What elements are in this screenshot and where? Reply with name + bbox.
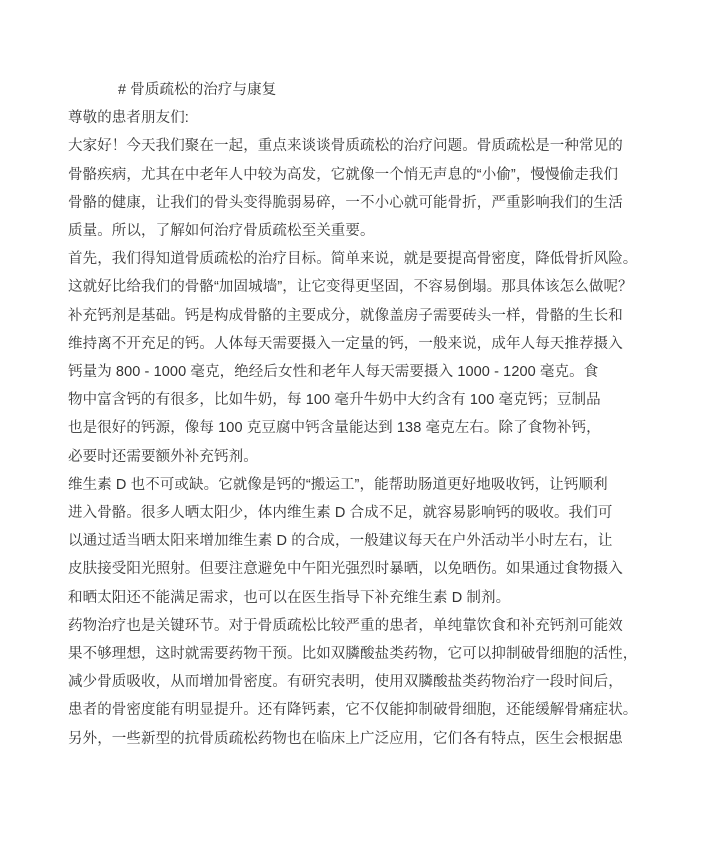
- text-line: 皮肤接受阳光照射。但要注意避免中午阳光强烈时暴晒，以免晒伤。如果通过食物摄入: [68, 555, 708, 583]
- salutation-line: 尊敬的患者朋友们:: [68, 104, 708, 132]
- document-heading: # 骨质疏松的治疗与康复: [68, 76, 708, 104]
- text-line: 维生素 D 也不可或缺。它就像是钙的“搬运工”，能帮助肠道更好地吸收钙，让钙顺利: [68, 471, 708, 499]
- text-line: 以通过适当晒太阳来增加维生素 D 的合成，一般建议每天在户外活动半小时左右，让: [68, 527, 708, 555]
- text-line: 患者的骨密度能有明显提升。还有降钙素，它不仅能抑制破骨细胞，还能缓解骨痛症状。: [68, 696, 708, 724]
- text-line: 质量。所以，了解如何治疗骨质疏松至关重要。: [68, 217, 708, 245]
- text-line: 减少骨质吸收，从而增加骨密度。有研究表明，使用双膦酸盐类药物治疗一段时间后，: [68, 668, 708, 696]
- text-line: 这就好比给我们的骨骼“加固城墙”，让它变得更坚固，不容易倒塌。那具体该怎么做呢？: [68, 273, 708, 301]
- text-line: 物中富含钙的有很多，比如牛奶，每 100 毫升牛奶中大约含有 100 毫克钙；豆…: [68, 386, 708, 414]
- text-line: 另外，一些新型的抗骨质疏松药物也在临床上广泛应用，它们各有特点，医生会根据患: [68, 725, 708, 753]
- text-line: 骨骼疾病，尤其在中老年人中较为高发，它就像一个悄无声息的“小偷”，慢慢偷走我们: [68, 161, 708, 189]
- text-line: 和晒太阳还不能满足需求，也可以在医生指导下补充维生素 D 制剂。: [68, 584, 708, 612]
- text-line: 进入骨骼。很多人晒太阳少，体内维生素 D 合成不足，就容易影响钙的吸收。我们可: [68, 499, 708, 527]
- text-line: 首先，我们得知道骨质疏松的治疗目标。简单来说，就是要提高骨密度，降低骨折风险。: [68, 245, 708, 273]
- text-line: 补充钙剂是基础。钙是构成骨骼的主要成分，就像盖房子需要砖头一样，骨骼的生长和: [68, 302, 708, 330]
- text-line: 药物治疗也是关键环节。对于骨质疏松比较严重的患者，单纯靠饮食和补充钙剂可能效: [68, 612, 708, 640]
- text-line: 也是很好的钙源，像每 100 克豆腐中钙含量能达到 138 毫克左右。除了食物补…: [68, 414, 708, 442]
- text-line: 必要时还需要额外补充钙剂。: [68, 443, 708, 471]
- text-line: 果不够理想，这时就需要药物干预。比如双膦酸盐类药物，它可以抑制破骨细胞的活性，: [68, 640, 708, 668]
- document-body: # 骨质疏松的治疗与康复 尊敬的患者朋友们: 大家好！今天我们聚在一起，重点来谈…: [68, 76, 708, 753]
- text-line: 大家好！今天我们聚在一起，重点来谈谈骨质疏松的治疗问题。骨质疏松是一种常见的: [68, 132, 708, 160]
- text-line: 骨骼的健康，让我们的骨头变得脆弱易碎，一不小心就可能骨折，严重影响我们的生活: [68, 189, 708, 217]
- document-page: # 骨质疏松的治疗与康复 尊敬的患者朋友们: 大家好！今天我们聚在一起，重点来谈…: [0, 0, 708, 841]
- text-line: 维持离不开充足的钙。人体每天需要摄入一定量的钙，一般来说，成年人每天推荐摄入: [68, 330, 708, 358]
- text-line: 钙量为 800 - 1000 毫克，绝经后女性和老年人每天需要摄入 1000 -…: [68, 358, 708, 386]
